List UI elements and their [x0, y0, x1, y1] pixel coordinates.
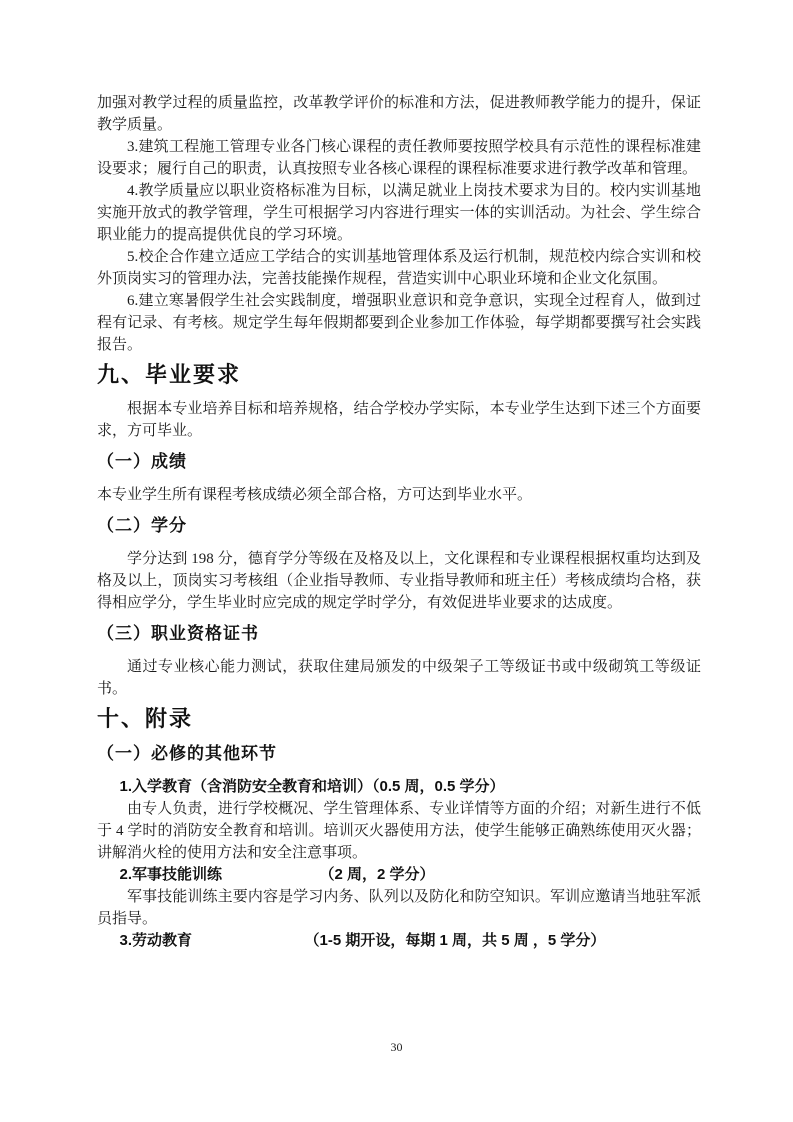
- subsection-title-required-activities: （一）必修的其他环节: [97, 742, 701, 766]
- document-page: 加强对教学过程的质量监控，改革教学评价的标准和方法，促进教师教学能力的提升，保证…: [0, 0, 793, 1122]
- page-footer: 30: [0, 1040, 793, 1055]
- section-title-graduation: 九、毕业要求: [97, 362, 701, 388]
- section-intro-paragraph: 根据本专业培养目标和培养规格，结合学校办学实际，本专业学生达到下述三个方面要求，…: [97, 398, 701, 442]
- body-paragraph: 通过专业核心能力测试，获取住建局颁发的中级架子工等级证书或中级砌筑工等级证书。: [97, 656, 701, 700]
- body-paragraph: 4.教学质量应以职业资格标准为目标，以满足就业上岗技术要求为目的。校内实训基地实…: [97, 180, 701, 246]
- body-paragraph: 3.建筑工程施工管理专业各门核心课程的责任教师要按照学校具有示范性的课程标准建设…: [97, 136, 701, 180]
- subsection-title-grades: （一）成绩: [97, 450, 701, 474]
- body-paragraph: 加强对教学过程的质量监控，改革教学评价的标准和方法，促进教师教学能力的提升，保证…: [97, 92, 701, 136]
- section-title-appendix: 十、附录: [97, 706, 701, 732]
- body-paragraph: 军事技能训练主要内容是学习内务、队列以及防化和防空知识。军训应邀请当地驻军派员指…: [97, 886, 701, 930]
- subsection-title-credits: （二）学分: [97, 514, 701, 538]
- body-paragraph: 5.校企合作建立适应工学结合的实训基地管理体系及运行机制，规范校内综合实训和校外…: [97, 246, 701, 290]
- body-paragraph: 学分达到 198 分，德育学分等级在及格及以上，文化课程和专业课程根据权重均达到…: [97, 548, 701, 614]
- body-paragraph: 本专业学生所有课程考核成绩必须全部合格，方可达到毕业水平。: [97, 484, 701, 506]
- appendix-item-heading: 3.劳动教育 （1-5 期开设，每期 1 周，共 5 周 ，5 学分）: [97, 930, 701, 952]
- subsection-title-certificates: （三）职业资格证书: [97, 622, 701, 646]
- appendix-item-heading: 1.入学教育（含消防安全教育和培训）（0.5 周，0.5 学分）: [97, 776, 701, 798]
- page-content: 加强对教学过程的质量监控，改革教学评价的标准和方法，促进教师教学能力的提升，保证…: [97, 92, 701, 952]
- body-paragraph: 由专人负责，进行学校概况、学生管理体系、专业详情等方面的介绍；对新生进行不低于 …: [97, 798, 701, 864]
- page-number: 30: [391, 1040, 403, 1054]
- appendix-item-heading: 2.军事技能训练 （2 周，2 学分）: [97, 864, 701, 886]
- body-paragraph: 6.建立寒暑假学生社会实践制度，增强职业意识和竞争意识，实现全过程育人，做到过程…: [97, 290, 701, 356]
